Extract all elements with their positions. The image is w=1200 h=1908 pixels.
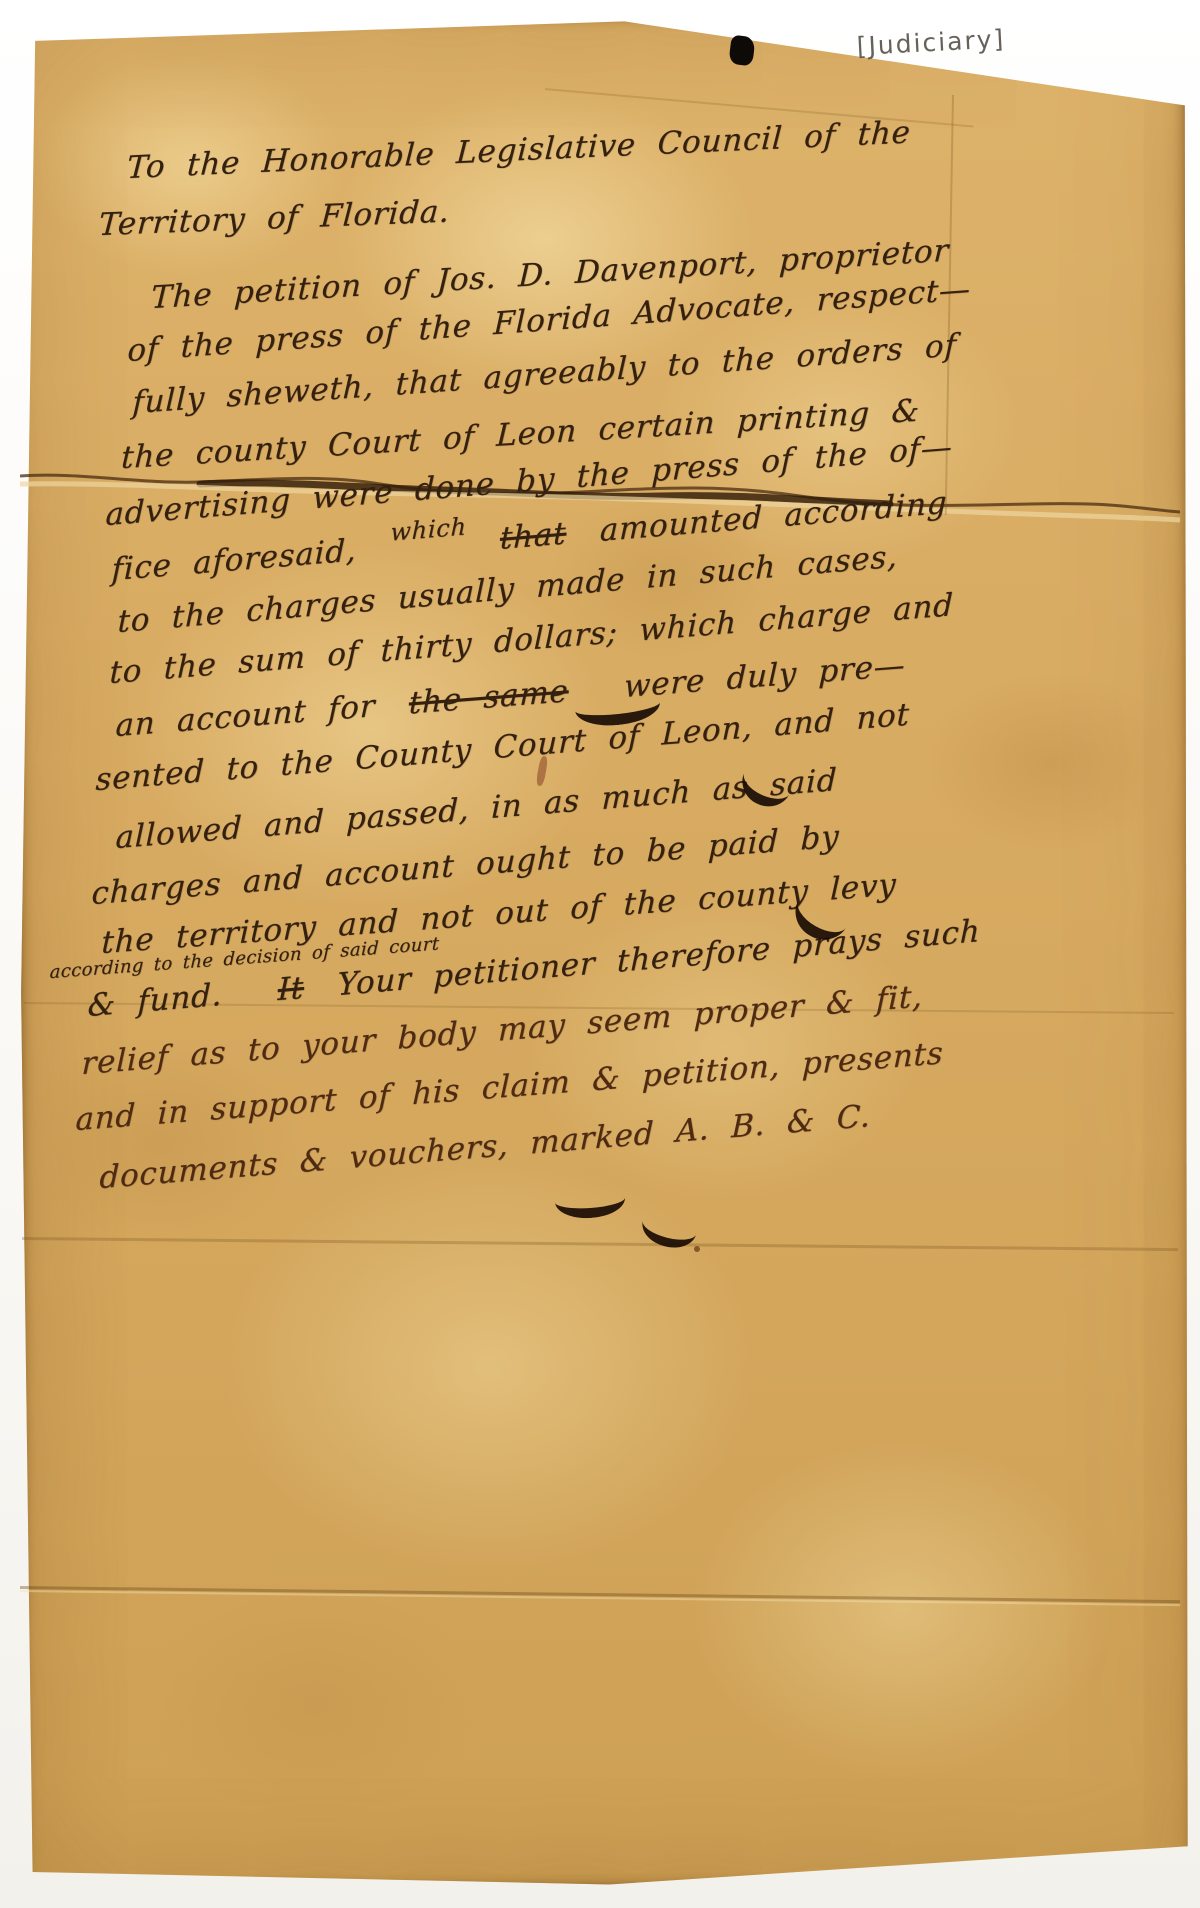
ink-flourish (638, 1202, 701, 1253)
interlined-word: which (390, 512, 467, 546)
line-text: fice aforesaid, (111, 532, 357, 588)
line-text: & fund. (87, 977, 222, 1024)
struck-word: It (277, 970, 304, 1008)
handwriting-layer: To the Honorable Legislative Council of … (0, 0, 1200, 1908)
address-line: To the Honorable Legislative Council of … (126, 114, 912, 186)
struck-word: the same (408, 673, 569, 721)
ink-flourish (554, 1180, 626, 1221)
struck-word: that (500, 515, 567, 557)
address-line: Territory of Florida. (98, 194, 451, 244)
scanned-document-page: { "colors": { "ink": "#33200f", "ink_fad… (0, 0, 1200, 1908)
line-text: an account for (115, 688, 376, 744)
line-text: were duly pre— (624, 647, 906, 705)
